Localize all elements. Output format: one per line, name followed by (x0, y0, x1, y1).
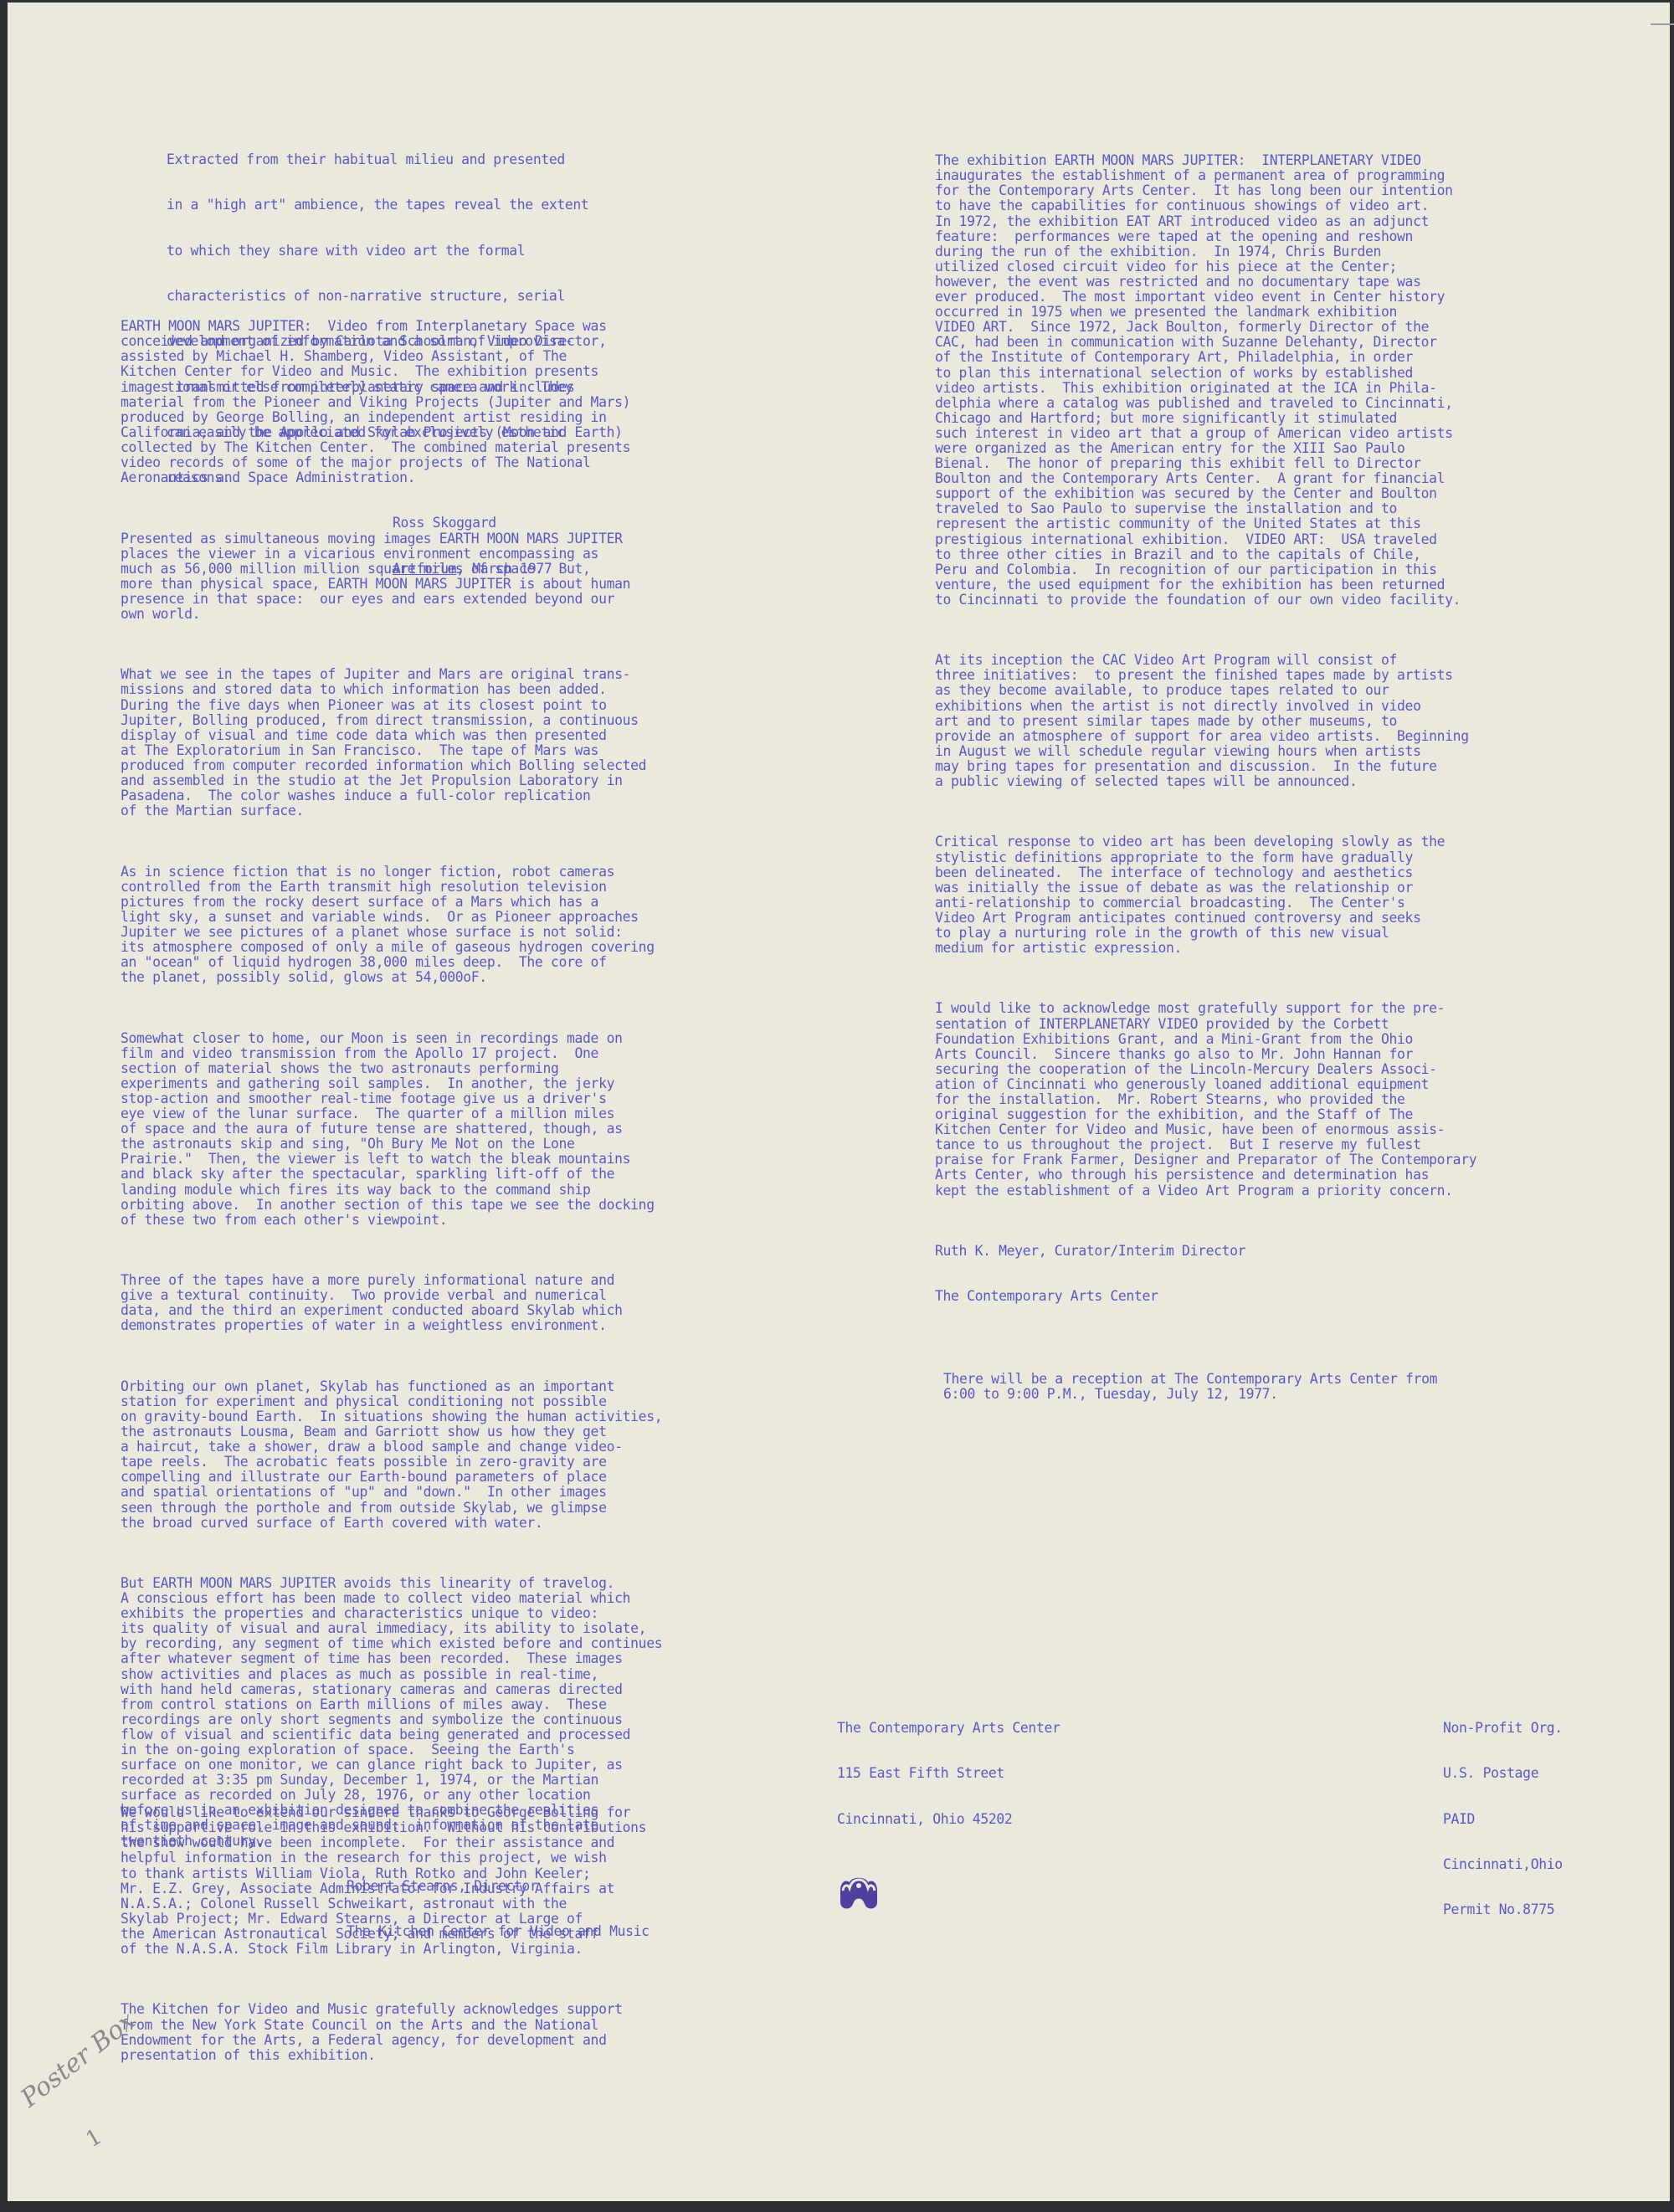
indicia-line: U.S. Postage (1443, 1766, 1563, 1781)
quote-line: to which they share with video art the f… (167, 244, 588, 259)
essay-paragraph: As in science fiction that is no longer … (121, 865, 662, 986)
cac-essay: The exhibition EARTH MOON MARS JUPITER: … (935, 123, 1476, 1319)
indicia-line: PAID (1443, 1812, 1563, 1827)
essay-paragraph: Somewhat closer to home, our Moon is see… (121, 1031, 662, 1228)
essay-paragraph: Orbiting our own planet, Skylab has func… (121, 1379, 662, 1531)
essay-paragraph: Three of the tapes have a more purely in… (121, 1273, 662, 1333)
essay-paragraph: The exhibition EARTH MOON MARS JUPITER: … (935, 153, 1476, 608)
return-address: The Contemporary Arts Center 115 East Fi… (837, 1691, 1060, 1842)
acknowledgement-paragraph: We would like to extend our sincere than… (121, 1805, 646, 1957)
indicia-line: Cincinnati,Ohio (1443, 1857, 1563, 1872)
address-line: 115 East Fifth Street (837, 1766, 1060, 1781)
edge-mark (1651, 23, 1674, 25)
indicia-line: Permit No.8775 (1443, 1902, 1563, 1917)
quote-line: Extracted from their habitual milieu and… (167, 152, 588, 167)
essay-paragraph: What we see in the tapes of Jupiter and … (121, 667, 662, 819)
essay-paragraph: I would like to acknowledge most gratefu… (935, 1001, 1476, 1198)
essay-paragraph: Presented as simultaneous moving images … (121, 531, 662, 623)
postage-indicia: Non-Profit Org. U.S. Postage PAID Cincin… (1443, 1691, 1563, 1933)
reception-notice: There will be a reception at The Contemp… (943, 1372, 1437, 1402)
acknowledgements: We would like to extend our sincere than… (121, 1775, 646, 2078)
signature-org: The Contemporary Arts Center (935, 1289, 1476, 1304)
acknowledgement-paragraph: The Kitchen for Video and Music grateful… (121, 2002, 646, 2062)
address-line: Cincinnati, Ohio 45202 (837, 1812, 1060, 1827)
signature-name: Ruth K. Meyer, Curator/Interim Director (935, 1244, 1476, 1259)
quote-line: in a "high art" ambience, the tapes reve… (167, 198, 588, 213)
essay-paragraph: EARTH MOON MARS JUPITER: Video from Inte… (121, 319, 662, 485)
cac-logo-icon (837, 1872, 881, 1911)
essay-paragraph: Critical response to video art has been … (935, 834, 1476, 956)
essay-paragraph: At its inception the CAC Video Art Progr… (935, 653, 1476, 789)
address-line: The Contemporary Arts Center (837, 1721, 1060, 1736)
indicia-line: Non-Profit Org. (1443, 1721, 1563, 1736)
kitchen-essay: EARTH MOON MARS JUPITER: Video from Inte… (121, 289, 662, 1954)
